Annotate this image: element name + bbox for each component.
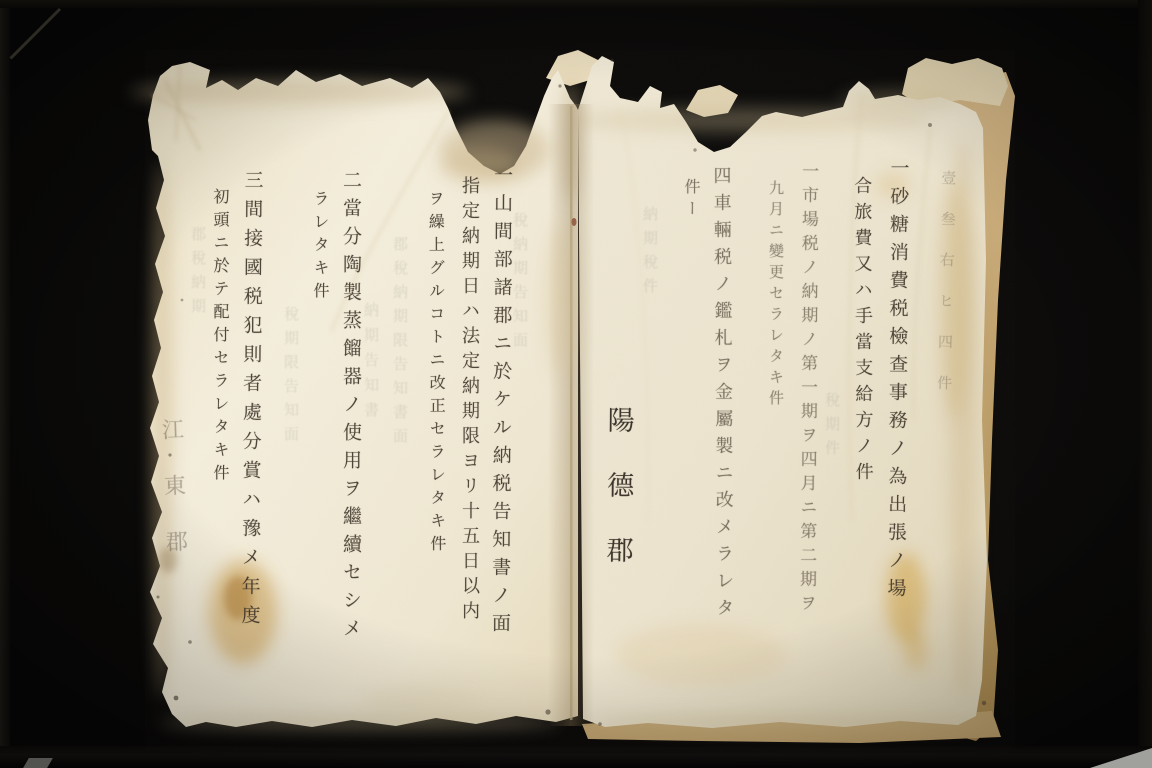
manuscript-column: 指定納期日ハ法定納期限ヨリ十五日以内 (456, 176, 482, 626)
manuscript-column: 初頭ニ於テ配付セラレタキ件 (209, 188, 232, 487)
manuscript-column: 合旅費又ハ手當支給方ノ件 (848, 176, 876, 488)
bleedthrough-column: 稅期限告知面 (281, 306, 302, 450)
manuscript-column: 四車輛税ノ鑑札ヲ金屬製ニ改メラレタ (707, 166, 736, 625)
manuscript-column: ラレタキ件 (309, 190, 332, 305)
bleedthrough-column: 郡稅納期限告知書面 (390, 236, 411, 452)
bleedthrough-column: 納期告知書 (361, 302, 382, 427)
section-heading-kangdong-gun: 江東郡 (155, 418, 192, 587)
manuscript-spread (0, 0, 1152, 768)
manuscript-column: 一市場税ノ納期ノ第一期ヲ四月ニ第二期ヲ (794, 162, 821, 618)
manuscript-column: 九月ニ變更セラレタキ件 (766, 180, 787, 411)
framed-photograph: 一砂糖消費税檢查事務ノ為出張ノ場 合旅費又ハ手當支給方ノ件 一市場税ノ納期ノ第一… (0, 0, 1152, 768)
bleedthrough-column: 郡稅納期 (188, 226, 209, 322)
bleedthrough-column: 稅納期告知面 (510, 212, 531, 356)
manuscript-column: 一砂糖消費税檢查事務ノ為出張ノ場 (882, 158, 912, 606)
manuscript-column: 件ー (680, 178, 703, 222)
bleedthrough-column: 稅期件 (822, 392, 843, 464)
manuscript-column: 三間接國税犯則者處分賞ハ豫メ年度 (236, 170, 266, 634)
bleedthrough-column: 納期稅件 (640, 206, 661, 302)
manuscript-column: ヲ繰上グルコトニ改正セラレタキ件 (424, 190, 449, 558)
section-heading-yangdok-gun: 陽德郡 (597, 406, 638, 601)
